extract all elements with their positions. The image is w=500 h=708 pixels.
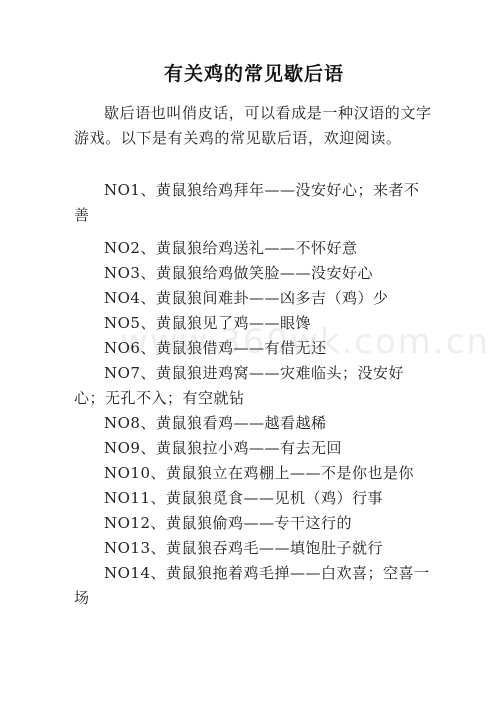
list-item: NO7、黄鼠狼进鸡窝——灾难临头；没安好心；无孔不入；有空就钻 [74,361,434,411]
list-item: NO12、黄鼠狼偷鸡——专干这行的 [74,511,434,536]
list-item: NO10、黄鼠狼立在鸡棚上——不是你也是你 [74,461,434,486]
intro-paragraph: 歇后语也叫俏皮话，可以看成是一种汉语的文字游戏。以下是有关鸡的常见歇后语，欢迎阅… [74,101,434,151]
list-item: NO6、黄鼠狼借鸡——有借无还 [74,336,434,361]
list-item: NO11、黄鼠狼觅食——见机（鸡）行事 [74,486,434,511]
list-item: NO5、黄鼠狼见了鸡——眼馋 [74,311,434,336]
list-item: NO2、黄鼠狼给鸡送礼——不怀好意 [74,236,434,261]
proverb-list: NO1、黄鼠狼给鸡拜年——没安好心；来者不善 NO2、黄鼠狼给鸡送礼——不怀好意… [74,178,434,611]
list-item: NO14、黄鼠狼拖着鸡毛掸——白欢喜；空喜一场 [74,561,434,611]
document-title: 有关鸡的常见歇后语 [74,61,434,87]
list-item: NO8、黄鼠狼看鸡——越看越稀 [74,411,434,436]
list-item: NO1、黄鼠狼给鸡拜年——没安好心；来者不善 [74,178,434,228]
list-item: NO13、黄鼠狼吞鸡毛——填饱肚子就行 [74,536,434,561]
list-item: NO9、黄鼠狼拉小鸡——有去无回 [74,436,434,461]
list-item: NO4、黄鼠狼间难卦——凶多吉（鸡）少 [74,286,434,311]
list-item: NO3、黄鼠狼给鸡做笑脸——没安好心 [74,261,434,286]
